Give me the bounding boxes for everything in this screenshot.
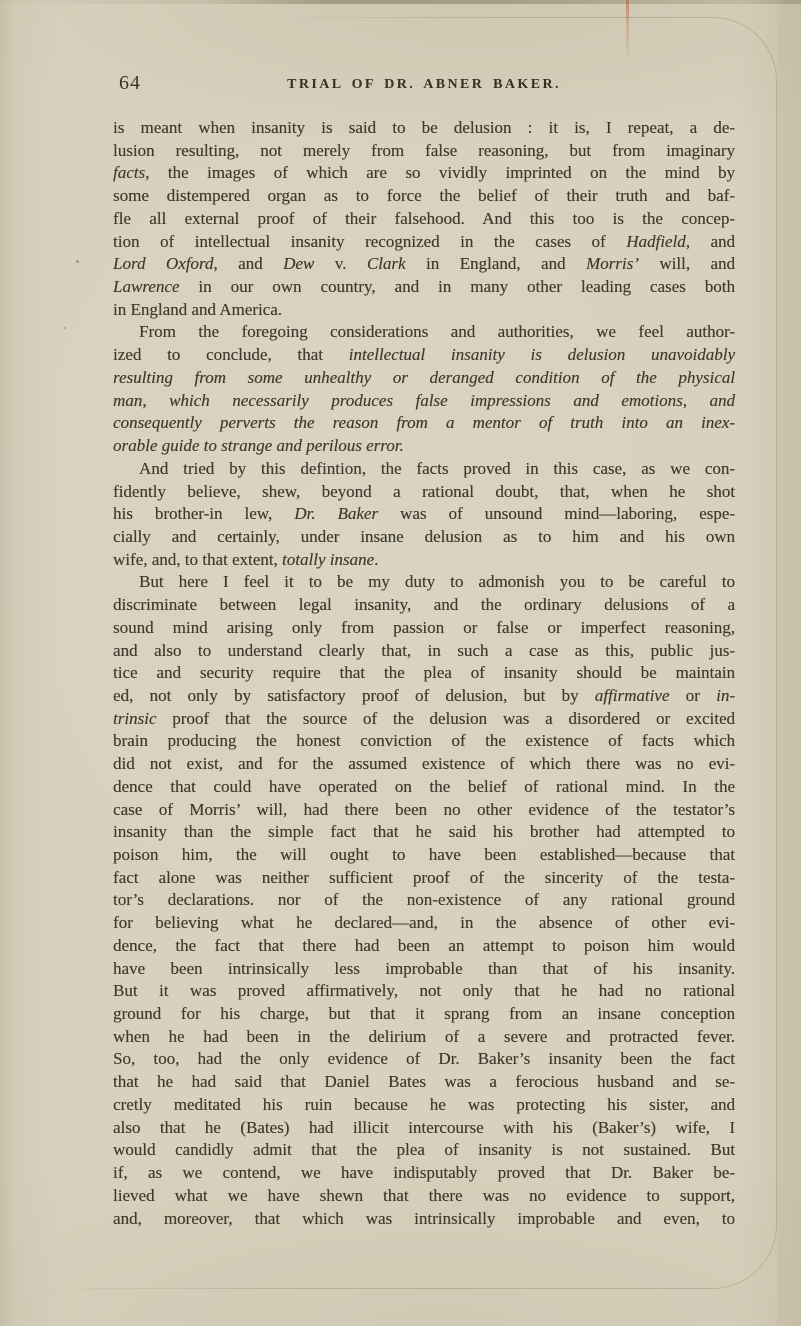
text-line: case of Morris’ will, had there been no … xyxy=(113,799,735,822)
text-line: in England and America. xyxy=(113,299,735,322)
text-line: is meant when insanity is said to be del… xyxy=(113,117,735,140)
text-segment: insanity than the simple fact that he sa… xyxy=(113,822,735,841)
book-page-scan: 64 TRIAL OF DR. ABNER BAKER. is meant wh… xyxy=(0,0,801,1326)
text-line: man, which necessarily produces false im… xyxy=(113,390,735,413)
text-segment: in England and America. xyxy=(113,300,282,319)
text-segment: , and xyxy=(686,232,735,251)
text-line: did not exist, and for the assumed exist… xyxy=(113,753,735,776)
text-segment: when he had been in the delirium of a se… xyxy=(113,1027,735,1046)
text-segment: was of unsound mind—laboring, espe- xyxy=(378,504,735,523)
text-line: lieved what we have shewn that there was… xyxy=(113,1185,735,1208)
italic-text-segment: totally insane xyxy=(282,550,374,569)
text-line: and, moreover, that which was intrinsica… xyxy=(113,1208,735,1231)
text-line: So, too, had the only evidence of Dr. Ba… xyxy=(113,1048,735,1071)
italic-text-segment: consequently perverts the reason from a … xyxy=(113,413,735,432)
paragraph: And tried by this defintion, the facts p… xyxy=(113,458,735,572)
text-line: lusion resulting, not merely from false … xyxy=(113,140,735,163)
text-segment: ground for his charge, but that it spran… xyxy=(113,1004,735,1023)
text-line: some distempered organ as to force the b… xyxy=(113,185,735,208)
text-segment: tor’s declarations. nor of the non-exist… xyxy=(113,890,735,909)
text-segment: in our own country, and in many other le… xyxy=(179,277,735,296)
text-line: fact alone was neither sufficient proof … xyxy=(113,867,735,890)
text-line: facts, the images of which are so vividl… xyxy=(113,162,735,185)
text-segment: in England, and xyxy=(406,254,586,273)
text-segment: case of Morris’ will, had there been no … xyxy=(113,800,735,819)
italic-text-segment: Hadfield xyxy=(626,232,686,251)
text-line: fidently believe, shew, beyond a rationa… xyxy=(113,481,735,504)
italic-text-segment: Clark xyxy=(367,254,406,273)
paper-speck xyxy=(76,260,79,263)
text-line: consequently perverts the reason from a … xyxy=(113,412,735,435)
text-line: his brother-in lew, Dr. Baker was of uns… xyxy=(113,503,735,526)
text-segment: But here I feel it to be my duty to admo… xyxy=(139,572,735,591)
text-line: dence that could have operated on the be… xyxy=(113,776,735,799)
text-segment: v. xyxy=(314,254,367,273)
text-line: cretly meditated his ruin because he was… xyxy=(113,1094,735,1117)
page-body: is meant when insanity is said to be del… xyxy=(113,117,735,1230)
italic-text-segment: trinsic xyxy=(113,709,156,728)
text-segment: So, too, had the only evidence of Dr. Ba… xyxy=(113,1049,735,1068)
text-segment: his brother-in lew, xyxy=(113,504,294,523)
italic-text-segment: in- xyxy=(716,686,735,705)
text-line: Lawrence in our own country, and in many… xyxy=(113,276,735,299)
text-line: for believing what he declared—and, in t… xyxy=(113,912,735,935)
text-line: trinsic proof that the source of the del… xyxy=(113,708,735,731)
text-line: poison him, the will ought to have been … xyxy=(113,844,735,867)
italic-text-segment: Lord Oxford xyxy=(113,254,213,273)
text-line: tion of intellectual insanity recognized… xyxy=(113,231,735,254)
paragraph: But here I feel it to be my duty to admo… xyxy=(113,571,735,1230)
text-line: ized to conclude, that intellectual insa… xyxy=(113,344,735,367)
italic-text-segment: Dew xyxy=(283,254,314,273)
text-line: if, as we contend, we have indisputably … xyxy=(113,1162,735,1185)
text-segment: that he had said that Daniel Bates was a… xyxy=(113,1072,735,1091)
text-segment: . xyxy=(374,550,378,569)
text-segment: dence that could have operated on the be… xyxy=(113,777,735,796)
text-line: ed, not only by satisfactory proof of de… xyxy=(113,685,735,708)
italic-text-segment: Dr. Baker xyxy=(294,504,378,523)
text-segment: ized to conclude, that xyxy=(113,345,349,364)
italic-text-segment: affirmative xyxy=(595,686,670,705)
text-segment: would candidly admit that the plea of in… xyxy=(113,1140,735,1159)
text-segment: also that he (Bates) had illicit interco… xyxy=(113,1118,735,1137)
page-top-edge-shadow xyxy=(0,0,801,4)
text-segment: for believing what he declared—and, in t… xyxy=(113,913,735,932)
stain-streak xyxy=(626,0,629,56)
italic-text-segment: man, which necessarily produces false im… xyxy=(113,391,735,410)
text-segment: have been intrinsically less improbable … xyxy=(113,959,735,978)
italic-text-segment: Lawrence xyxy=(113,277,179,296)
text-segment: , the images of which are so vividly imp… xyxy=(145,163,735,182)
text-segment: And tried by this defintion, the facts p… xyxy=(139,459,735,478)
paragraph: From the foregoing considerations and au… xyxy=(113,321,735,457)
text-segment: cially and certainly, under insane delus… xyxy=(113,527,735,546)
text-line: wife, and, to that extent, totally insan… xyxy=(113,549,735,572)
text-segment: tice and security require that the plea … xyxy=(113,663,735,682)
text-line: Lord Oxford, and Dew v. Clark in England… xyxy=(113,253,735,276)
text-segment: is meant when insanity is said to be del… xyxy=(113,118,735,137)
text-line: have been intrinsically less improbable … xyxy=(113,958,735,981)
text-line: resulting from some unhealthy or derange… xyxy=(113,367,735,390)
text-segment: and also to understand clearly that, in … xyxy=(113,641,735,660)
text-line: also that he (Bates) had illicit interco… xyxy=(113,1117,735,1140)
text-segment: From the foregoing considerations and au… xyxy=(139,322,735,341)
text-segment: lieved what we have shewn that there was… xyxy=(113,1186,735,1205)
italic-text-segment: Morris’ xyxy=(586,254,639,273)
text-line: fle all external proof of their falsehoo… xyxy=(113,208,735,231)
text-segment: brain producing the honest conviction of… xyxy=(113,731,735,750)
text-segment: will, and xyxy=(639,254,735,273)
text-segment: proof that the source of the delusion wa… xyxy=(156,709,735,728)
text-segment: if, as we contend, we have indisputably … xyxy=(113,1163,735,1182)
text-line: when he had been in the delirium of a se… xyxy=(113,1026,735,1049)
running-header: TRIAL OF DR. ABNER BAKER. xyxy=(113,77,735,93)
text-segment: poison him, the will ought to have been … xyxy=(113,845,735,864)
paragraph: is meant when insanity is said to be del… xyxy=(113,117,735,321)
text-segment: fle all external proof of their falsehoo… xyxy=(113,209,735,228)
text-line: insanity than the simple fact that he sa… xyxy=(113,821,735,844)
text-line: sound mind arising only from passion or … xyxy=(113,617,735,640)
text-line: ground for his charge, but that it spran… xyxy=(113,1003,735,1026)
text-line: And tried by this defintion, the facts p… xyxy=(113,458,735,481)
paper-speck xyxy=(64,327,66,329)
text-segment: , and xyxy=(213,254,283,273)
text-line: tor’s declarations. nor of the non-exist… xyxy=(113,889,735,912)
italic-text-segment: facts xyxy=(113,163,145,182)
text-line: discriminate between legal insanity, and… xyxy=(113,594,735,617)
text-line: and also to understand clearly that, in … xyxy=(113,640,735,663)
text-segment: dence, the fact that there had been an a… xyxy=(113,936,735,955)
text-segment: wife, and, to that extent, xyxy=(113,550,282,569)
text-segment: cretly meditated his ruin because he was… xyxy=(113,1095,735,1114)
text-segment: did not exist, and for the assumed exist… xyxy=(113,754,735,773)
text-line: From the foregoing considerations and au… xyxy=(113,321,735,344)
text-segment: lusion resulting, not merely from false … xyxy=(113,141,735,160)
italic-text-segment: intellectual insanity is delusion unavoi… xyxy=(349,345,735,364)
text-line: would candidly admit that the plea of in… xyxy=(113,1139,735,1162)
text-line: But here I feel it to be my duty to admo… xyxy=(113,571,735,594)
text-line: But it was proved affirmatively, not onl… xyxy=(113,980,735,1003)
text-line: cially and certainly, under insane delus… xyxy=(113,526,735,549)
text-segment: some distempered organ as to force the b… xyxy=(113,186,735,205)
italic-text-segment: resulting from some unhealthy or derange… xyxy=(113,368,735,387)
text-segment: sound mind arising only from passion or … xyxy=(113,618,735,637)
page-right-edge-shading xyxy=(777,0,801,1326)
text-line: dence, the fact that there had been an a… xyxy=(113,935,735,958)
text-segment: fidently believe, shew, beyond a rationa… xyxy=(113,482,735,501)
text-segment: or xyxy=(669,686,716,705)
text-segment: fact alone was neither sufficient proof … xyxy=(113,868,735,887)
text-segment: tion of intellectual insanity recognized… xyxy=(113,232,626,251)
text-segment: and, moreover, that which was intrinsica… xyxy=(113,1209,735,1228)
text-segment: ed, not only by satisfactory proof of de… xyxy=(113,686,595,705)
text-line: orable guide to strange and perilous err… xyxy=(113,435,735,458)
text-line: tice and security require that the plea … xyxy=(113,662,735,685)
text-segment: discriminate between legal insanity, and… xyxy=(113,595,735,614)
text-line: brain producing the honest conviction of… xyxy=(113,730,735,753)
italic-text-segment: orable guide to strange and perilous err… xyxy=(113,436,404,455)
text-segment: But it was proved affirmatively, not onl… xyxy=(113,981,735,1000)
text-line: that he had said that Daniel Bates was a… xyxy=(113,1071,735,1094)
